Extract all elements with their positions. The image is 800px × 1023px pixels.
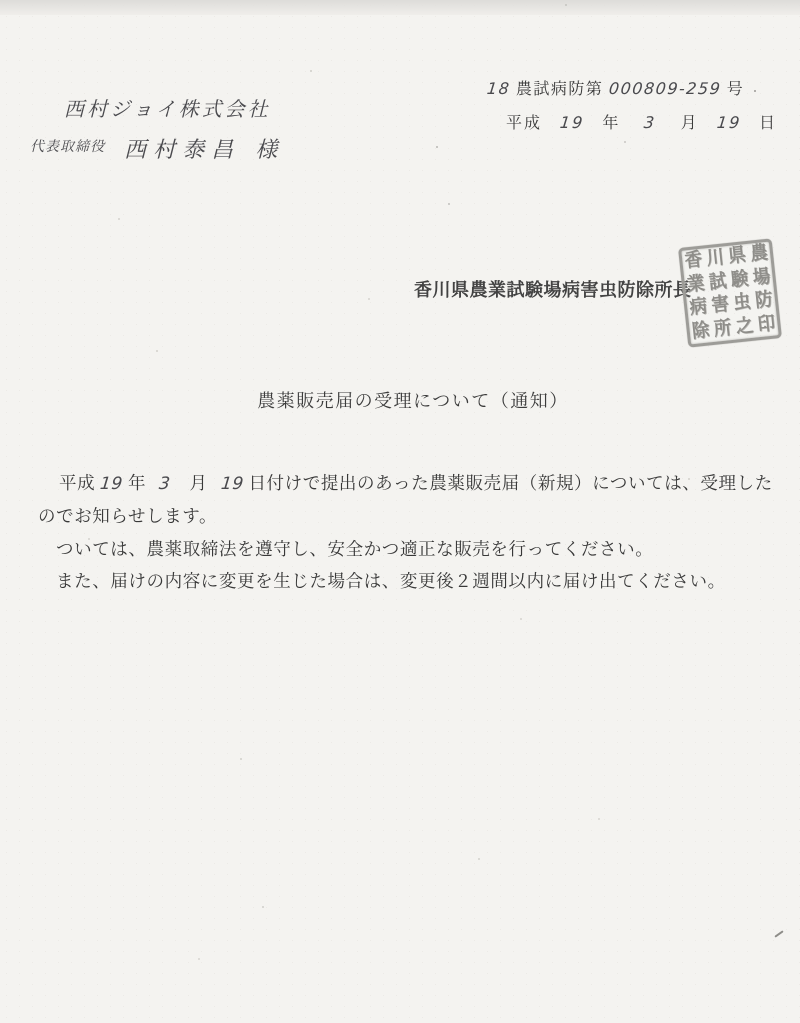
document-number-line: 18 農試病防第 000809-259 号	[487, 76, 744, 99]
recipient-role-handwritten: 代表取締役	[30, 139, 105, 155]
date-year-unit: 年	[602, 115, 620, 132]
doc-number-handwritten: 000809-259	[608, 79, 722, 98]
date-day-unit: 日	[759, 115, 777, 132]
doc-number-year-prefix-handwritten: 18	[486, 79, 511, 98]
scanned-document-page: 18 農試病防第 000809-259 号 平成 19 年 3 月 19 日 西…	[0, 0, 800, 1023]
official-seal-stamp: 香 川 県 農 業 試 験 場 病 害 虫 防 除 所 之 印	[678, 238, 782, 347]
date-month-handwritten: 3	[643, 113, 657, 132]
body-month-unit: 月	[190, 473, 208, 493]
scan-speck-dots	[0, 0, 2, 2]
body-year-handwritten: 19	[99, 474, 124, 494]
body-year-unit: 年	[128, 473, 146, 493]
date-day-handwritten: 19	[716, 113, 742, 132]
pen-slash-mark	[774, 930, 783, 937]
document-date-line: 平成 19 年 3 月 19 日	[506, 110, 777, 133]
date-month-unit: 月	[681, 115, 699, 132]
recipient-name-handwritten: 西村泰昌	[124, 138, 240, 163]
body-line-3: ついては、農薬取締法を遵守し、安全かつ適正な販売を行ってください。	[56, 536, 653, 561]
date-year-handwritten: 19	[559, 113, 585, 132]
seal-char: 所	[710, 315, 735, 344]
doc-number-suffix: 号	[727, 81, 745, 98]
recipient-company-handwritten: 西村ジョイ株式会社	[64, 93, 271, 122]
doc-number-label: 農試病防第	[516, 81, 604, 98]
body-line-1-text: 日付けで提出のあった農薬販売届（新規）については、受理した	[248, 473, 772, 493]
body-line-1: 平成 19 年 3 月 19 日付けで提出のあった農薬販売届（新規）については、…	[59, 470, 773, 495]
recipient-honorific-handwritten: 様	[255, 138, 277, 163]
seal-char: 印	[754, 310, 779, 339]
seal-char: 除	[688, 317, 713, 346]
body-day-handwritten: 19	[220, 474, 245, 494]
body-line-2: のでお知らせします。	[38, 503, 217, 528]
seal-char: 之	[732, 313, 757, 342]
body-month-handwritten: 3	[158, 474, 172, 494]
body-line-4: また、届けの内容に変更を生じた場合は、変更後２週間以内に届け出てください。	[56, 568, 726, 593]
date-era: 平成	[506, 115, 542, 132]
scan-edge-band	[0, 0, 800, 15]
body-era: 平成	[59, 473, 95, 493]
recipient-person-line: 代表取締役 西村泰昌 様	[30, 133, 277, 164]
sender-title: 香川県農業試験場病害虫防除所長	[414, 276, 692, 302]
document-subject-title: 農薬販売届の受理について（通知）	[13, 387, 800, 413]
